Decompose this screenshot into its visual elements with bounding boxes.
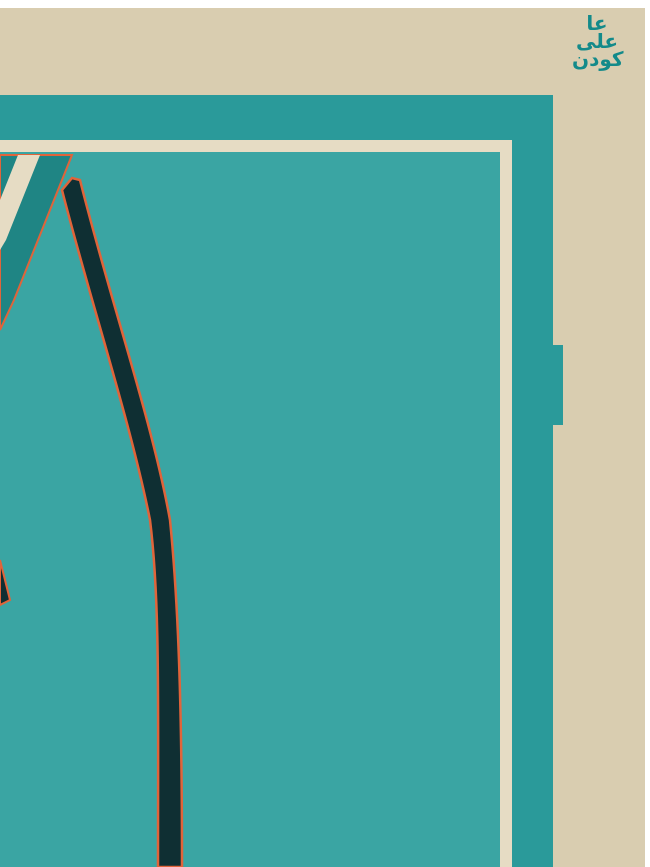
rug-photo: عا علی کودن [0,0,650,867]
signature-inscription: عا علی کودن [572,14,622,54]
abstract-motif [0,0,650,867]
